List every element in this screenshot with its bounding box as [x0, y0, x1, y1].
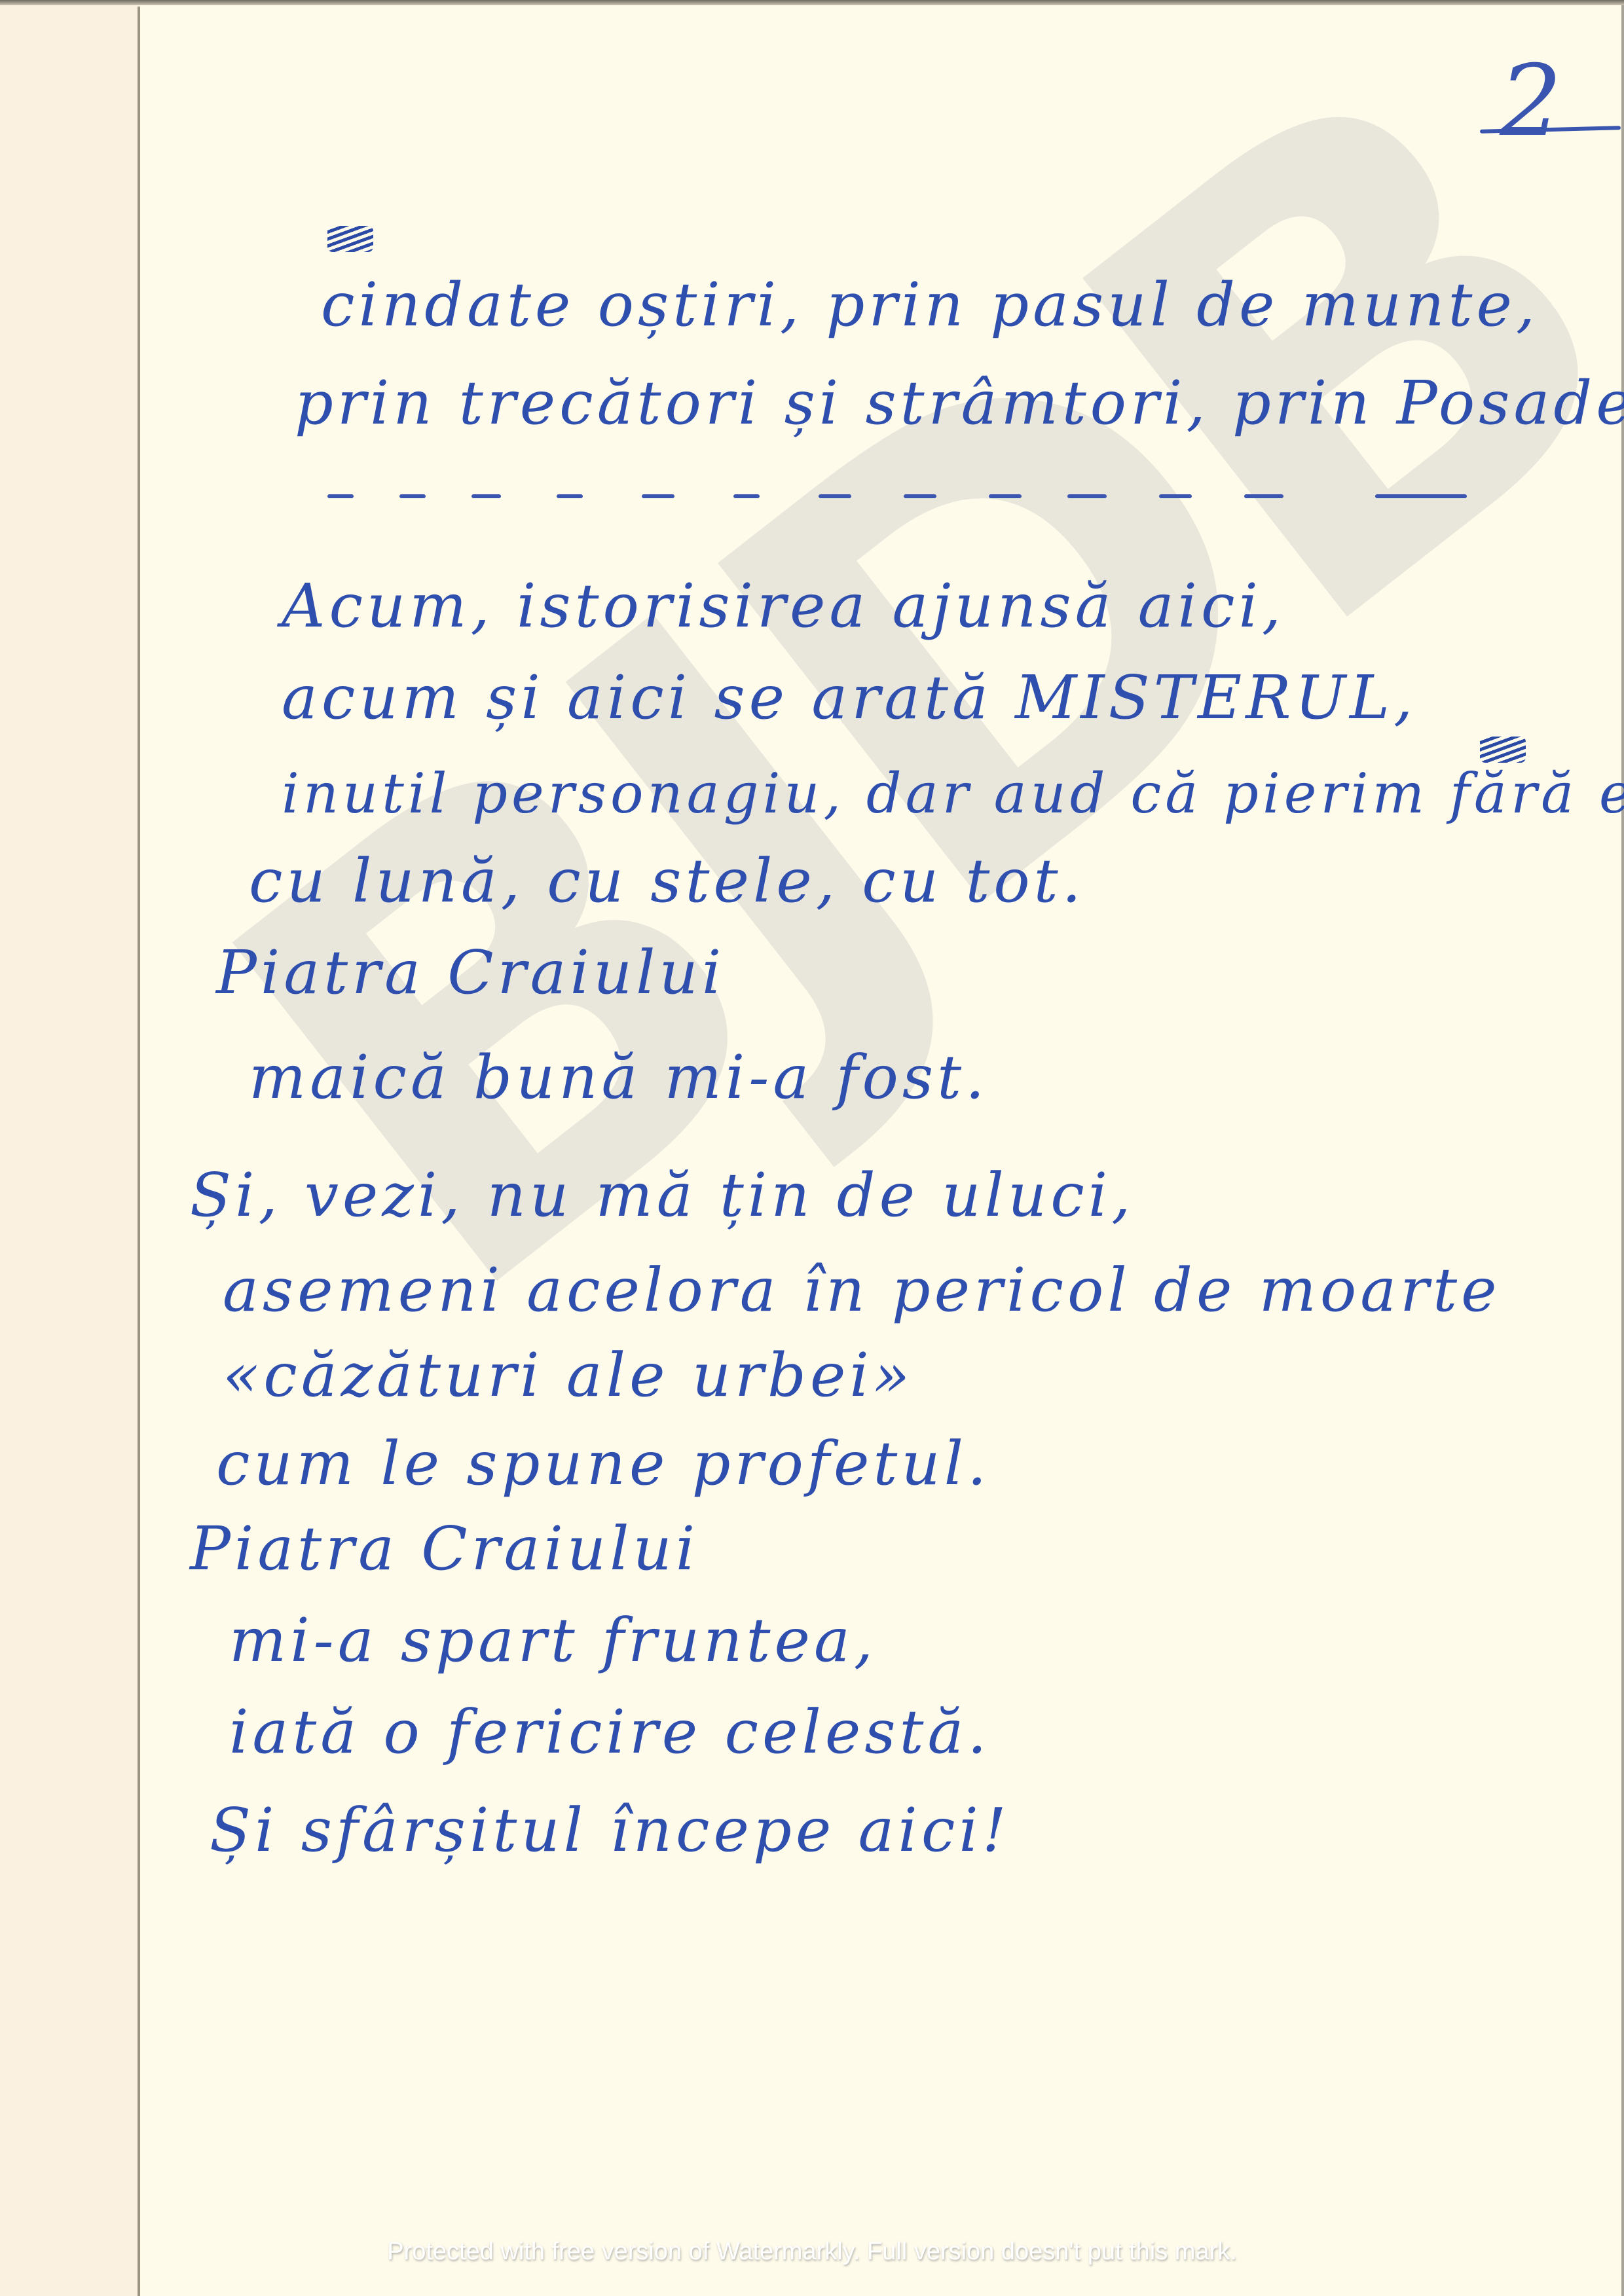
- separator-dashes: [327, 494, 1467, 507]
- manuscript-line: Și sfârșitul începe aici!: [210, 1800, 1010, 1861]
- manuscript-line: acum și aici se arată MISTERUL,: [282, 668, 1416, 728]
- manuscript-line: Acum, istorisirea ajunsă aici,: [282, 576, 1285, 636]
- manuscript-line: mi-a spart fruntea,: [229, 1611, 877, 1671]
- watermarkly-notice: Protected with free version of Watermark…: [0, 2238, 1624, 2266]
- manuscript-line: iată o fericire celestă.: [229, 1702, 991, 1762]
- manuscript-line: asemeni acelora în pericol de moarte: [223, 1260, 1501, 1321]
- manuscript-line: inutil personagiu, dar aud că pierim făr…: [282, 766, 1624, 821]
- manuscript-line: Piatra Craiului: [190, 1519, 699, 1579]
- crossed-out-scribble: [327, 226, 373, 252]
- manuscript-line: cum le spune profetul.: [216, 1434, 990, 1494]
- manuscript-line: cu lună, cu stele, cu tot.: [249, 851, 1085, 911]
- manuscript-line: cindate oștiri, prin pasul de munte,: [321, 275, 1539, 335]
- manuscript-line: Piatra Craiului: [216, 943, 725, 1003]
- manuscript-text: cindate oștiri, prin pasul de munte, pri…: [0, 0, 1624, 2296]
- manuscript-line: prin trecători și strâmtori, prin Posade…: [295, 373, 1624, 433]
- manuscript-line: «căzături ale urbei»: [223, 1345, 913, 1406]
- manuscript-line: Și, vezi, nu mă țin de uluci,: [190, 1165, 1134, 1226]
- manuscript-line: maică bună mi-a fost.: [249, 1048, 988, 1108]
- crossed-out-scribble: [1480, 737, 1526, 763]
